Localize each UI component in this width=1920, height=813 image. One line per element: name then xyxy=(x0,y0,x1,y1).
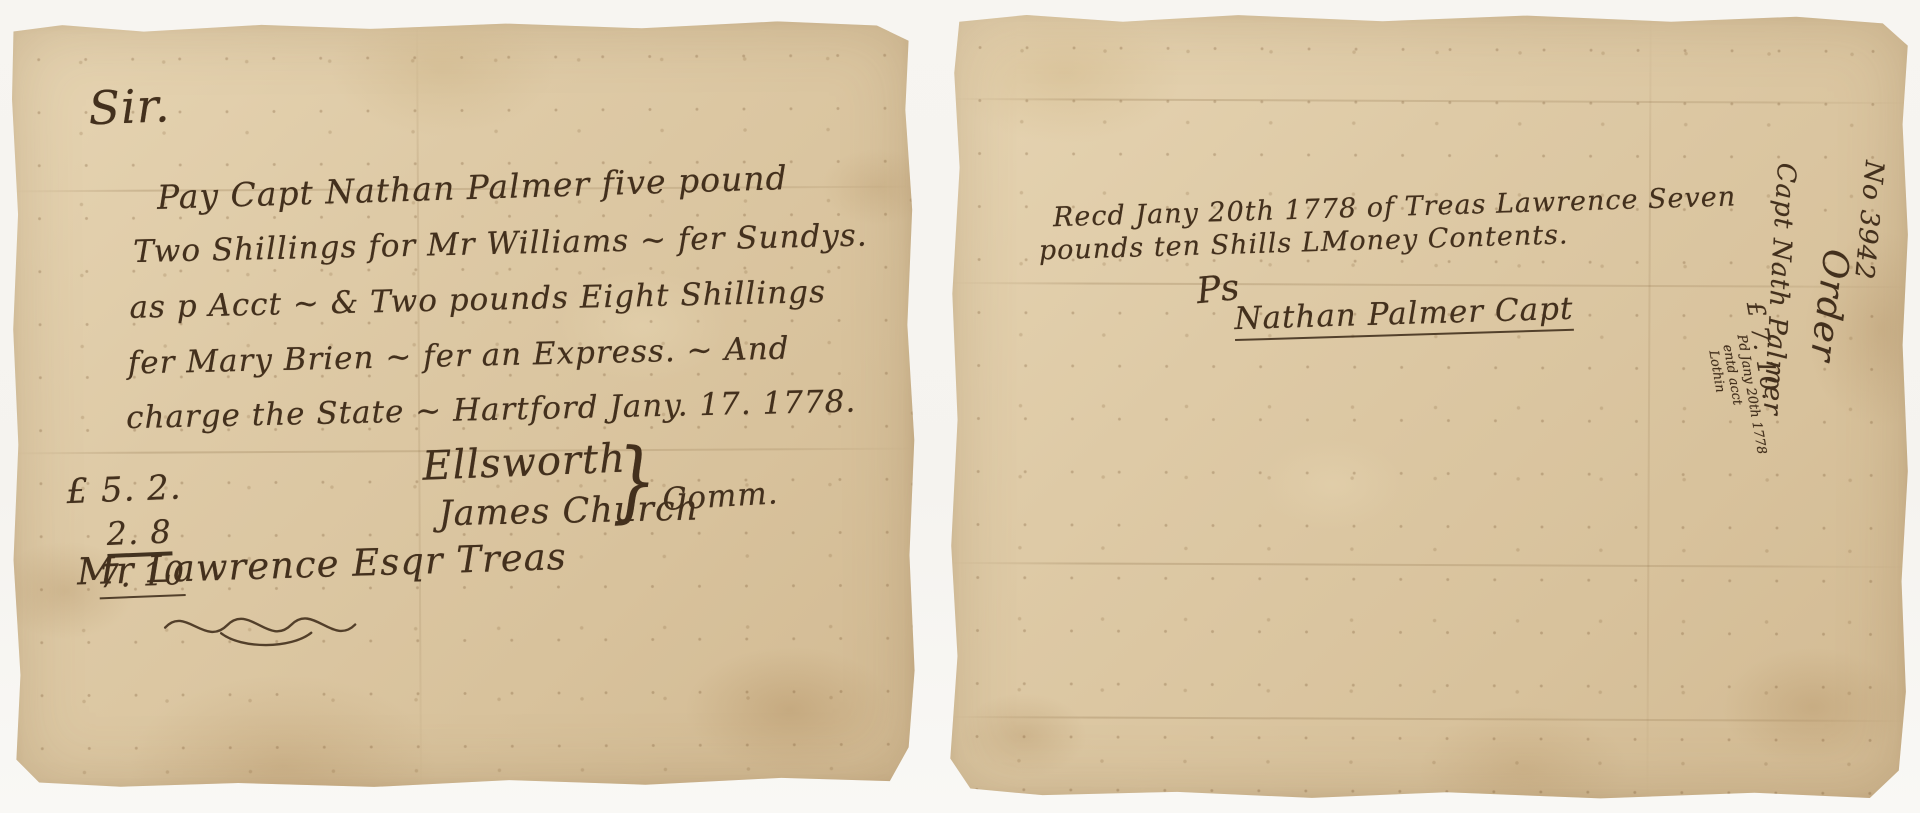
left-page: Sir. Pay Capt Nathan Palmer five pound T… xyxy=(8,18,917,791)
signature-ellsworth: Ellsworth xyxy=(421,436,626,490)
docket-label: Order xyxy=(1802,247,1857,365)
body-line-2: Two Shillings for Mr Williams ~ fer Sund… xyxy=(133,217,868,270)
signature-church: James Church xyxy=(438,488,699,534)
salutation: Sir. xyxy=(87,78,171,135)
fold-crease xyxy=(947,716,1909,722)
fold-crease xyxy=(949,98,1911,104)
body-line-1: Pay Capt Nathan Palmer five pound xyxy=(156,158,788,217)
signature-brace: } xyxy=(612,431,658,531)
manuscript-scan: Sir. Pay Capt Nathan Palmer five pound T… xyxy=(0,0,1920,813)
body-line-4: fer Mary Brien ~ fer an Express. ~ And xyxy=(127,331,790,382)
total-pounds: £ 5. 2. xyxy=(66,467,183,512)
right-page: Recd Jany 20th 1778 of Treas Lawrence Se… xyxy=(946,10,1911,802)
body-line-3: as p Acct ~ & Two pounds Eight Shillings xyxy=(129,274,826,326)
body-line-5: charge the State ~ Hartford Jany. 17. 17… xyxy=(126,384,857,437)
fold-crease xyxy=(1646,13,1651,801)
committee-note: Comm. xyxy=(662,475,780,518)
flourish-decoration xyxy=(161,602,371,649)
signature-palmer: Nathan Palmer Capt xyxy=(1234,291,1574,341)
fold-crease xyxy=(947,562,1909,568)
